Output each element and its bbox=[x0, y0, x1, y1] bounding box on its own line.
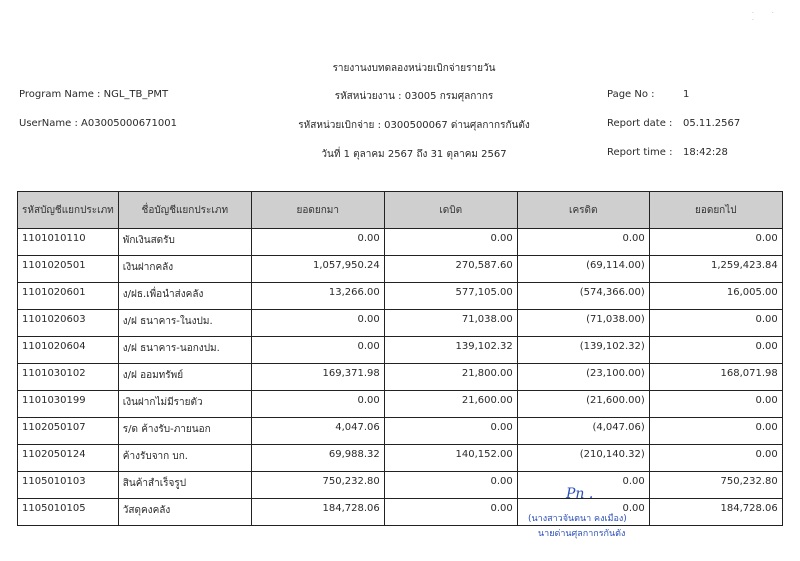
account-code-cell: 1102050124 bbox=[18, 445, 119, 472]
debit-cell: 0.00 bbox=[384, 472, 517, 499]
table-body: 1101010110พักเงินสดรับ0.000.000.000.0011… bbox=[18, 229, 783, 526]
department-code: รหัสหน่วยงาน : 03005 กรมศุลกากร bbox=[335, 89, 494, 104]
closing-balance-cell: 0.00 bbox=[649, 337, 782, 364]
report-time-value: 18:42:28 bbox=[683, 147, 728, 158]
report-time-label: Report time : bbox=[607, 147, 672, 158]
account-code-cell: 1101020604 bbox=[18, 337, 119, 364]
opening-balance-cell: 0.00 bbox=[251, 310, 384, 337]
debit-cell: 0.00 bbox=[384, 229, 517, 256]
account-code-cell: 1101030199 bbox=[18, 391, 119, 418]
credit-cell: (139,102.32) bbox=[517, 337, 649, 364]
column-header: ยอดยกมา bbox=[251, 192, 384, 229]
column-header: เดบิต bbox=[384, 192, 517, 229]
report-date-label: Report date : bbox=[607, 118, 672, 129]
account-name-cell: ค้างรับจาก บก. bbox=[118, 445, 251, 472]
credit-cell: (71,038.00) bbox=[517, 310, 649, 337]
closing-balance-cell: 16,005.00 bbox=[649, 283, 782, 310]
signature-mark: Pn . bbox=[566, 486, 593, 502]
credit-cell: (4,047.06) bbox=[517, 418, 649, 445]
account-name-cell: สินค้าสำเร็จรูป bbox=[118, 472, 251, 499]
debit-cell: 577,105.00 bbox=[384, 283, 517, 310]
report-date-value: 05.11.2567 bbox=[683, 118, 740, 129]
closing-balance-cell: 0.00 bbox=[649, 445, 782, 472]
debit-cell: 0.00 bbox=[384, 499, 517, 526]
opening-balance-cell: 169,371.98 bbox=[251, 364, 384, 391]
page-no-label: Page No : bbox=[607, 89, 655, 100]
account-name-cell: ง/ฝ ออมทรัพย์ bbox=[118, 364, 251, 391]
table-row: 1101020601ง/ฝธ.เพื่อนำส่งคลัง13,266.0057… bbox=[18, 283, 783, 310]
opening-balance-cell: 13,266.00 bbox=[251, 283, 384, 310]
account-code-cell: 1101020601 bbox=[18, 283, 119, 310]
closing-balance-cell: 0.00 bbox=[649, 310, 782, 337]
opening-balance-cell: 4,047.06 bbox=[251, 418, 384, 445]
closing-balance-cell: 0.00 bbox=[649, 229, 782, 256]
table-row: 1105010105วัสดุคงคลัง184,728.060.000.001… bbox=[18, 499, 783, 526]
account-name-cell: ง/ฝธ.เพื่อนำส่งคลัง bbox=[118, 283, 251, 310]
credit-cell: (574,366.00) bbox=[517, 283, 649, 310]
opening-balance-cell: 1,057,950.24 bbox=[251, 256, 384, 283]
closing-balance-cell: 750,232.80 bbox=[649, 472, 782, 499]
table-row: 1102050124ค้างรับจาก บก.69,988.32140,152… bbox=[18, 445, 783, 472]
table-row: 1101030199เงินฝากไม่มีรายตัว0.0021,600.0… bbox=[18, 391, 783, 418]
account-name-cell: ร/ด ค้างรับ-ภายนอก bbox=[118, 418, 251, 445]
credit-cell: 0.00 bbox=[517, 229, 649, 256]
column-header: ยอดยกไป bbox=[649, 192, 782, 229]
opening-balance-cell: 750,232.80 bbox=[251, 472, 384, 499]
column-header: รหัสบัญชีแยกประเภท bbox=[18, 192, 119, 229]
table-row: 1101030102ง/ฝ ออมทรัพย์169,371.9821,800.… bbox=[18, 364, 783, 391]
signatory-name: (นางสาวจันตนา คงเมือง) bbox=[528, 511, 627, 525]
debit-cell: 0.00 bbox=[384, 418, 517, 445]
username: UserName : A03005000671001 bbox=[19, 118, 177, 129]
debit-cell: 139,102.32 bbox=[384, 337, 517, 364]
column-header: ชื่อบัญชีแยกประเภท bbox=[118, 192, 251, 229]
opening-balance-cell: 0.00 bbox=[251, 391, 384, 418]
table-header-row: รหัสบัญชีแยกประเภทชื่อบัญชีแยกประเภทยอดย… bbox=[18, 192, 783, 229]
credit-cell: (23,100.00) bbox=[517, 364, 649, 391]
opening-balance-cell: 0.00 bbox=[251, 229, 384, 256]
closing-balance-cell: 168,071.98 bbox=[649, 364, 782, 391]
table-row: 1105010103สินค้าสำเร็จรูป750,232.800.000… bbox=[18, 472, 783, 499]
account-code-cell: 1101030102 bbox=[18, 364, 119, 391]
opening-balance-cell: 69,988.32 bbox=[251, 445, 384, 472]
credit-cell: (21,600.00) bbox=[517, 391, 649, 418]
credit-cell: (210,140.32) bbox=[517, 445, 649, 472]
debit-cell: 21,600.00 bbox=[384, 391, 517, 418]
account-code-cell: 1101020603 bbox=[18, 310, 119, 337]
closing-balance-cell: 1,259,423.84 bbox=[649, 256, 782, 283]
credit-cell: (69,114.00) bbox=[517, 256, 649, 283]
account-code-cell: 1101010110 bbox=[18, 229, 119, 256]
page-no-value: 1 bbox=[683, 89, 689, 100]
closing-balance-cell: 0.00 bbox=[649, 418, 782, 445]
account-code-cell: 1105010105 bbox=[18, 499, 119, 526]
account-name-cell: เงินฝากคลัง bbox=[118, 256, 251, 283]
report-title: รายงานงบทดลองหน่วยเบิกจ่ายรายวัน bbox=[333, 61, 496, 76]
closing-balance-cell: 0.00 bbox=[649, 391, 782, 418]
account-code-cell: 1101020501 bbox=[18, 256, 119, 283]
account-code-cell: 1105010103 bbox=[18, 472, 119, 499]
account-code-cell: 1102050107 bbox=[18, 418, 119, 445]
account-name-cell: ง/ฝ ธนาคาร-ในงปม. bbox=[118, 310, 251, 337]
report-period: วันที่ 1 ตุลาคม 2567 ถึง 31 ตุลาคม 2567 bbox=[321, 147, 506, 162]
scan-specks: · · · bbox=[752, 10, 800, 24]
debit-cell: 71,038.00 bbox=[384, 310, 517, 337]
account-name-cell: ง/ฝ ธนาคาร-นอกงปม. bbox=[118, 337, 251, 364]
column-header: เครดิต bbox=[517, 192, 649, 229]
table-row: 1101010110พักเงินสดรับ0.000.000.000.00 bbox=[18, 229, 783, 256]
debit-cell: 21,800.00 bbox=[384, 364, 517, 391]
table-row: 1101020603ง/ฝ ธนาคาร-ในงปม.0.0071,038.00… bbox=[18, 310, 783, 337]
account-name-cell: เงินฝากไม่มีรายตัว bbox=[118, 391, 251, 418]
table-row: 1102050107ร/ด ค้างรับ-ภายนอก4,047.060.00… bbox=[18, 418, 783, 445]
account-name-cell: วัสดุคงคลัง bbox=[118, 499, 251, 526]
opening-balance-cell: 184,728.06 bbox=[251, 499, 384, 526]
table-row: 1101020501เงินฝากคลัง1,057,950.24270,587… bbox=[18, 256, 783, 283]
disbursing-unit-code: รหัสหน่วยเบิกจ่าย : 0300500067 ด่านศุลกา… bbox=[298, 118, 529, 133]
signatory-title: นายด่านศุลกากรกันตัง bbox=[538, 526, 625, 540]
account-name-cell: พักเงินสดรับ bbox=[118, 229, 251, 256]
program-name: Program Name : NGL_TB_PMT bbox=[19, 89, 168, 100]
debit-cell: 270,587.60 bbox=[384, 256, 517, 283]
opening-balance-cell: 0.00 bbox=[251, 337, 384, 364]
trial-balance-table: รหัสบัญชีแยกประเภทชื่อบัญชีแยกประเภทยอดย… bbox=[17, 191, 783, 526]
debit-cell: 140,152.00 bbox=[384, 445, 517, 472]
closing-balance-cell: 184,728.06 bbox=[649, 499, 782, 526]
table-row: 1101020604ง/ฝ ธนาคาร-นอกงปม.0.00139,102.… bbox=[18, 337, 783, 364]
